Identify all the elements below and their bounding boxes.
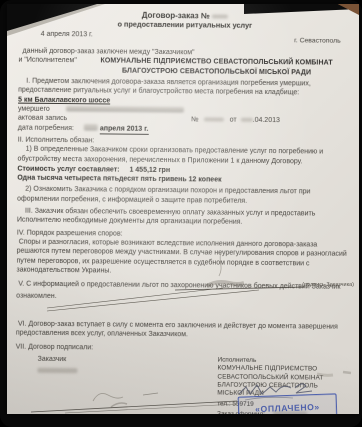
customer-column: Заказчик [15, 355, 204, 414]
executor-intro-label: и "Исполнителем" [18, 56, 76, 66]
section-6-text: VI. Договор-заказ вступает в силу с моме… [16, 320, 348, 342]
cost-value: 1 455,12 грн [129, 167, 170, 174]
contract-date: 4 апреля 2013 г. [41, 29, 93, 43]
act-number-sign: № [191, 116, 199, 125]
burial-date-label: дата погребения: [18, 123, 74, 133]
customer-signature-area [16, 303, 348, 321]
section-3-text: III. Заказчик обязан обеспечить своеврем… [17, 207, 349, 229]
redaction-deceased-name [66, 106, 184, 113]
act-date: .04.2013 [253, 116, 280, 126]
section-7-heading: VII. Договор подписали: [16, 342, 348, 354]
document-body: Договор-заказ № о предоставлении ритуаль… [7, 4, 359, 414]
section-2-paragraph-1: 1) В определенные Заказчиком сроки орган… [17, 145, 349, 167]
section-2-paragraph-2: 2) Ознакомить Заказчика с порядком орган… [17, 185, 349, 207]
paid-stamp: «ОПЛАЧЕНО» [238, 393, 338, 414]
deceased-label: умершего [18, 106, 50, 113]
intro-line-2: и "Исполнителем" КОМУНАЛЬНЕ ПІДПРИЄМСТВО… [18, 56, 350, 78]
signature-caption: (подпись Заказчика) [302, 282, 354, 288]
redaction-burial-day [84, 124, 98, 130]
company-name-caps: КОМУНАЛЬНЕ ПІДПРИЄМСТВО СЕВАСТОПОЛЬСЬКИЙ… [83, 56, 351, 78]
redaction-act-number [204, 117, 224, 122]
act-record-label: актовая запись [18, 114, 67, 124]
customer-label: Заказчик [38, 355, 204, 366]
redaction-act-day [241, 118, 253, 123]
section-5-text: V. С информацией о предоставлении льгот … [16, 279, 348, 306]
redaction-contract-number [212, 14, 228, 19]
burial-date-value: апреля 2013 г. [100, 124, 149, 135]
city-label: г. Севастополь [294, 36, 341, 46]
redaction-customer-name [37, 368, 77, 373]
date-city-row: 4 апреля 2013 г. г. Севастополь [41, 29, 341, 45]
cost-in-words: Одна тысяча четыреста пятьдесят пять гри… [17, 174, 349, 186]
title-text: Договор-заказ № [142, 11, 210, 21]
cost-label: Стоимость услуг составляет: [17, 165, 119, 173]
act-from-label: от [230, 116, 237, 125]
photo-frame: Договор-заказ № о предоставлении ритуаль… [0, 0, 362, 427]
contract-document: Договор-заказ № о предоставлении ритуаль… [7, 4, 359, 414]
burial-date-row: дата погребения: апреля 2013 г. [18, 123, 350, 136]
section-4-text: Споры и разногласия, которые возникают в… [16, 238, 348, 278]
